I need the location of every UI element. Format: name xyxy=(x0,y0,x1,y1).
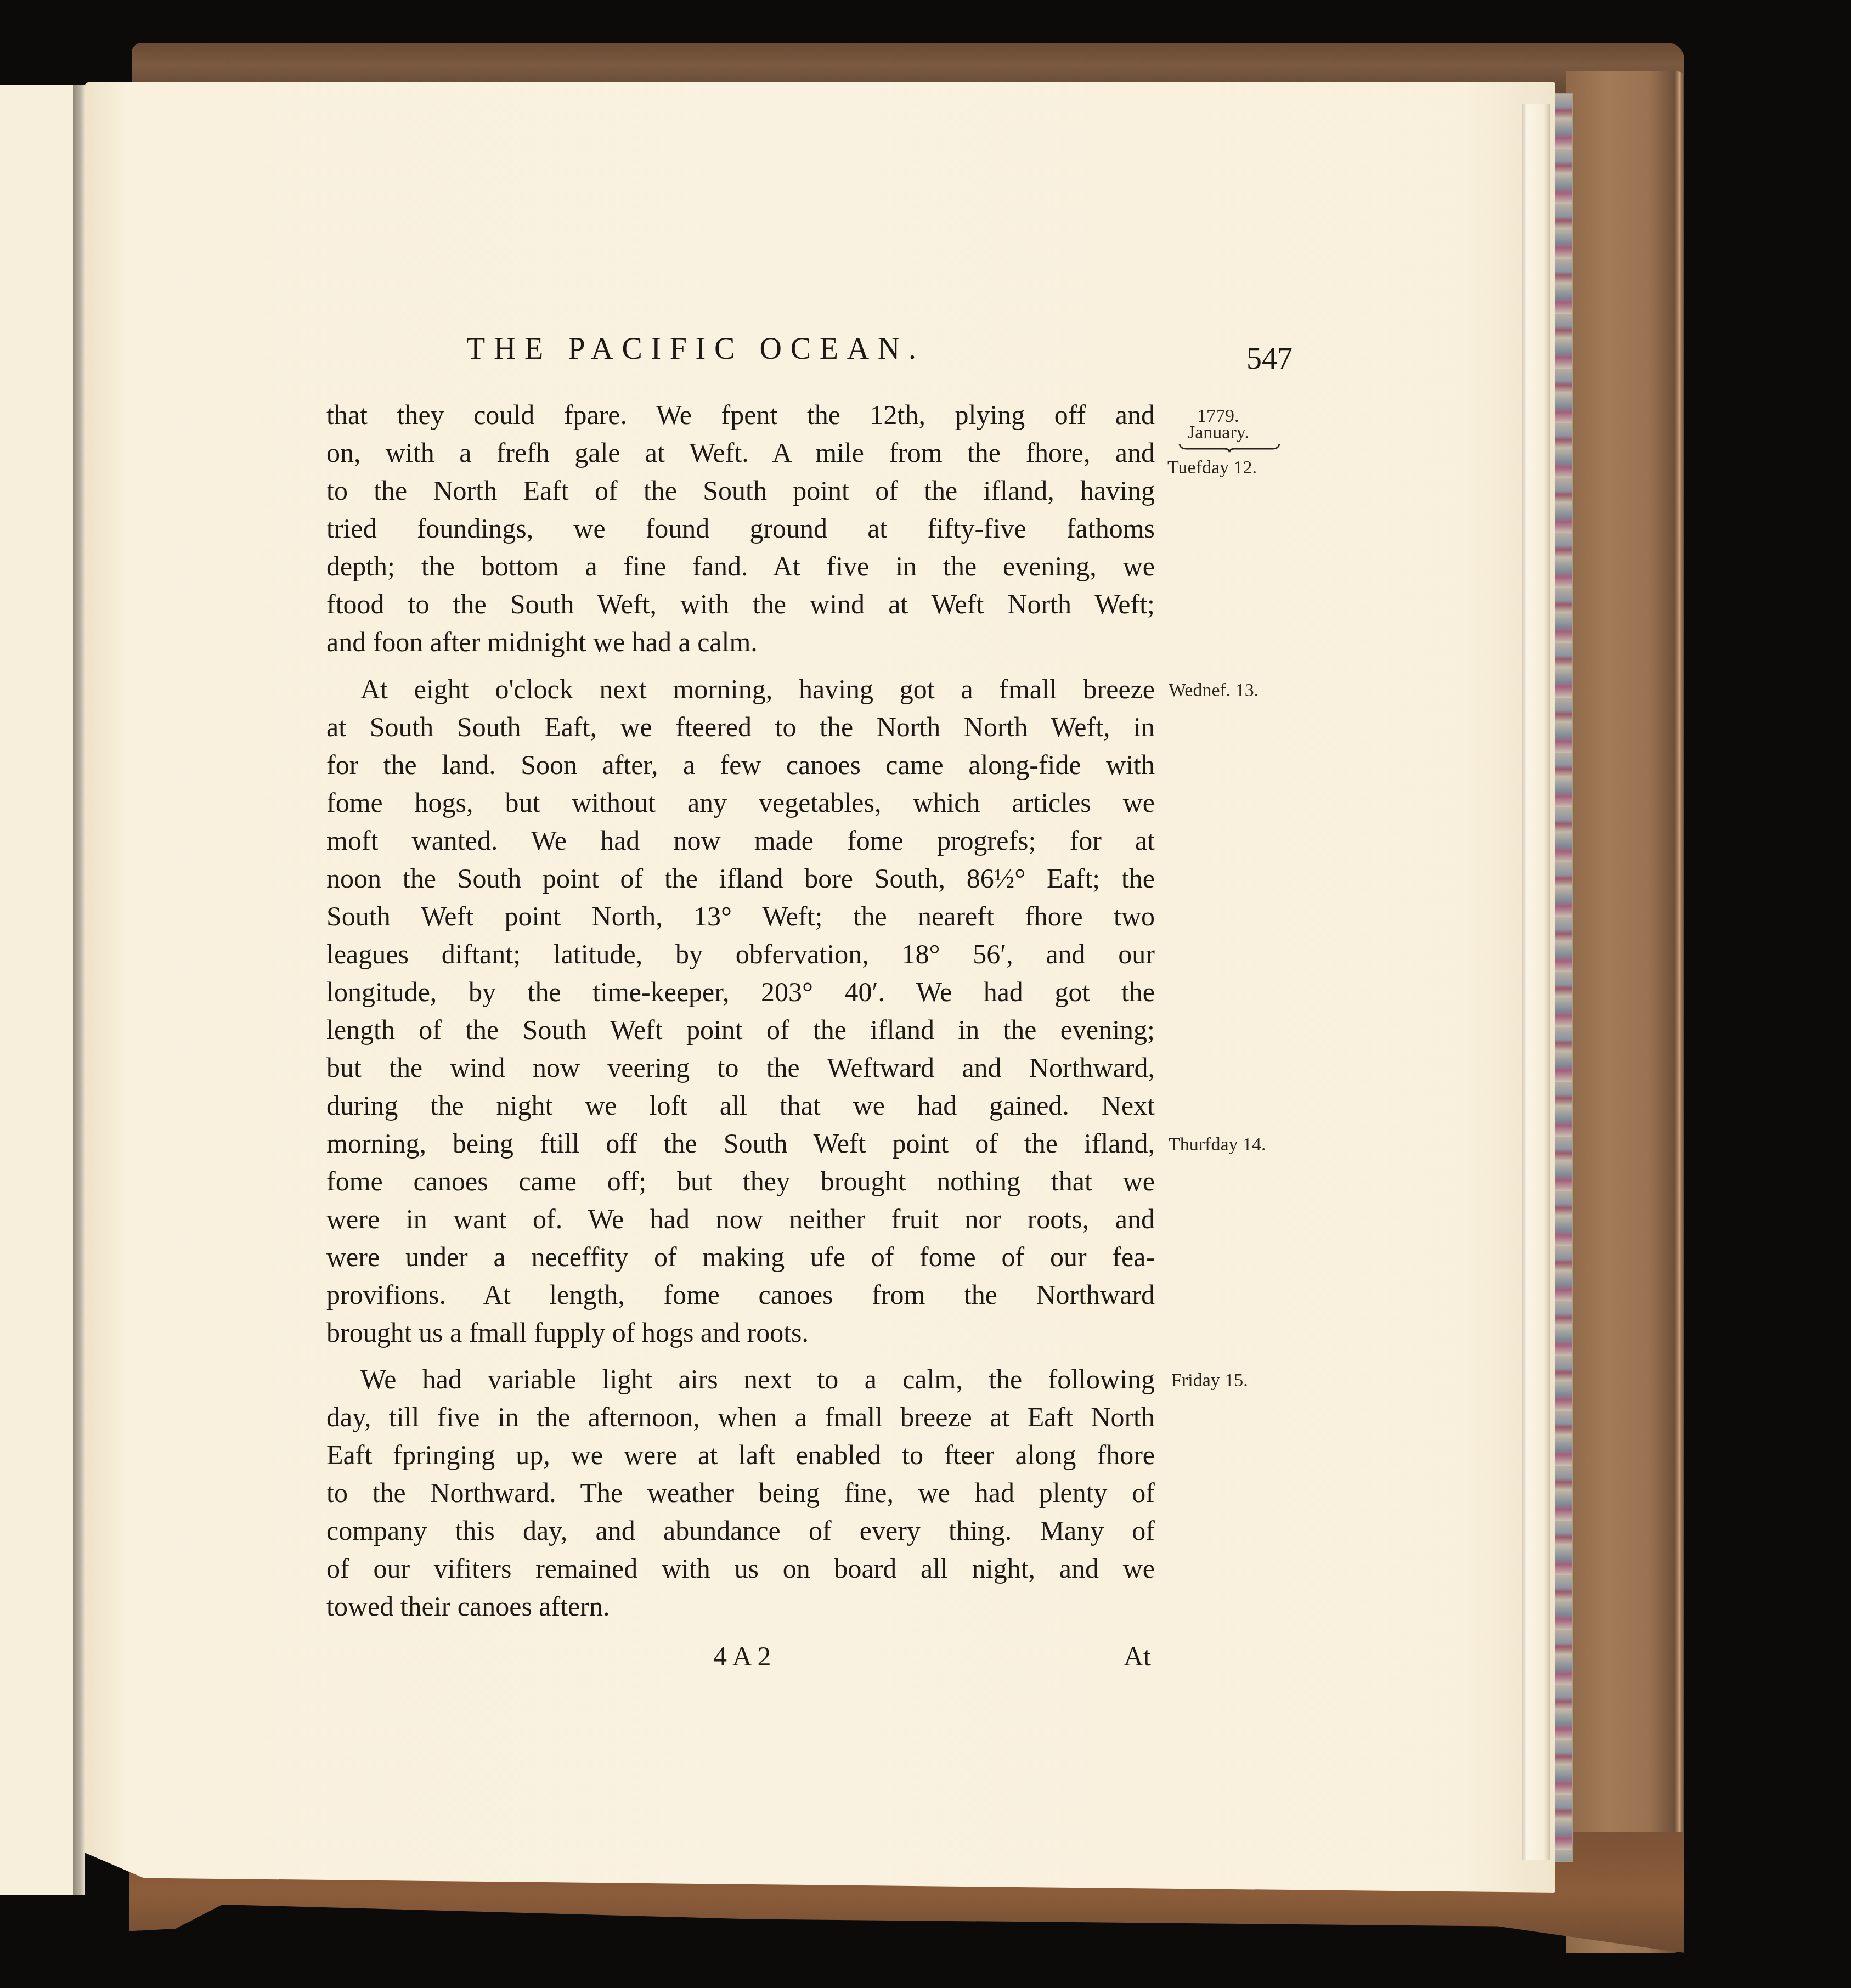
text-line: and foon after midnight we had a calm. xyxy=(326,623,1155,661)
gutter-shadow xyxy=(73,85,85,1895)
text-line: Eaft fpringing up, we were at laft enabl… xyxy=(326,1436,1155,1474)
text-line: fome canoes came off; but they brought n… xyxy=(326,1162,1155,1200)
margin-note-wednesday-13: Wednef. 13. xyxy=(1169,680,1259,701)
brace-icon xyxy=(1178,443,1280,453)
text-line: fome hogs, but without any vegetables, w… xyxy=(326,784,1155,822)
text-line: day, till five in the afternoon, when a … xyxy=(326,1398,1155,1436)
text-line: brought us a fmall fupply of hogs and ro… xyxy=(326,1314,1155,1352)
text-line: towed their canoes aftern. xyxy=(326,1588,1155,1625)
text-line: South Weft point North, 13° Weft; the ne… xyxy=(326,897,1155,935)
page-number: 547 xyxy=(1246,341,1293,376)
text-line: were in want of. We had now neither frui… xyxy=(326,1200,1155,1238)
text-line: depth; the bottom a fine fand. At five i… xyxy=(326,547,1155,585)
text-line: to the Northward. The weather being fine… xyxy=(326,1474,1155,1512)
text-line: longitude, by the time-keeper, 203° 40′.… xyxy=(326,973,1155,1011)
text-line: that they could fpare. We fpent the 12th… xyxy=(326,396,1155,434)
book-cover-leather xyxy=(1566,71,1684,1953)
text-line: during the night we loft all that we had… xyxy=(326,1087,1155,1125)
text-line: at South South Eaft, we fteered to the N… xyxy=(326,708,1155,746)
margin-note-thursday-14: Thurfday 14. xyxy=(1169,1134,1266,1155)
margin-note-tuesday-12: Tuefday 12. xyxy=(1167,458,1257,478)
text-line: provifions. At length, fome canoes from … xyxy=(326,1276,1155,1314)
text-line: moft wanted. We had now made fome progre… xyxy=(326,822,1155,860)
text-line: but the wind now veering to the Weftward… xyxy=(326,1049,1155,1087)
margin-note-friday-15: Friday 15. xyxy=(1171,1370,1248,1391)
text-line: company this day, and abundance of every… xyxy=(326,1512,1155,1550)
text-line: of our vifiters remained with us on boar… xyxy=(326,1550,1155,1588)
text-line: on, with a frefh gale at Weft. A mile fr… xyxy=(326,434,1155,472)
margin-note-month: January. xyxy=(1188,422,1249,443)
text-line: noon the South point of the ifland bore … xyxy=(326,860,1155,897)
running-head: THE PACIFIC OCEAN. xyxy=(466,331,925,366)
page-fore-edge xyxy=(1522,104,1550,1860)
signature-mark: 4 A 2 xyxy=(713,1640,771,1672)
text-line: ftood to the South Weft, with the wind a… xyxy=(326,585,1155,623)
text-line: leagues diftant; latitude, by obfervatio… xyxy=(326,935,1155,973)
text-line: to the North Eaft of the South point of … xyxy=(326,472,1155,510)
text-line: tried foundings, we found ground at fift… xyxy=(326,510,1155,547)
text-line: for the land. Soon after, a few canoes c… xyxy=(326,746,1155,784)
text-line: morning, being ftill off the South Weft … xyxy=(326,1125,1155,1162)
text-line: At eight o'clock next morning, having go… xyxy=(326,670,1155,708)
text-line: were under a neceffity of making ufe of … xyxy=(326,1238,1155,1276)
text-line: We had variable light airs next to a cal… xyxy=(326,1360,1155,1398)
catchword: At xyxy=(1124,1640,1151,1672)
left-page xyxy=(0,85,74,1895)
text-line: length of the South Weft point of the if… xyxy=(326,1011,1155,1049)
